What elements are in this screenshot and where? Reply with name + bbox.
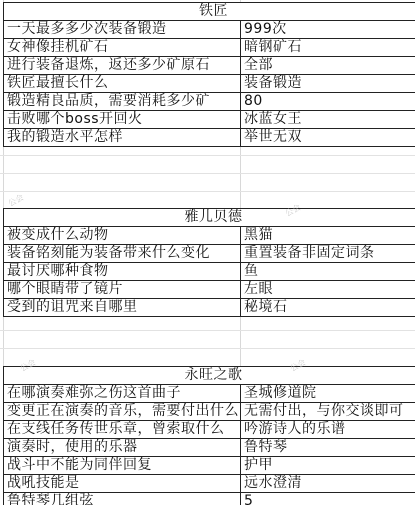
question-cell[interactable]: 演奏时，使用的乐器	[4, 439, 241, 457]
table-row: 进行装备退炼，返还多少矿原石全部	[4, 57, 415, 75]
table-row: 战斗中不能为同伴回复护甲	[4, 457, 415, 475]
section-title[interactable]: 永旺之歌	[4, 367, 415, 385]
table-row: 铁匠最擅长什么装备锻造	[4, 75, 415, 93]
table-row: 装备铭刻能为装备带来什么变化重置装备非固定词条	[4, 245, 415, 263]
answer-cell[interactable]: 装备锻造	[241, 75, 415, 93]
question-cell[interactable]: 受到的诅咒来自哪里	[4, 299, 241, 317]
table-row: 受到的诅咒来自哪里秘境石	[4, 299, 415, 317]
section-title[interactable]: 铁匠	[4, 3, 415, 21]
table-row: 在哪演奏难弥之伤这首曲子圣城修道院	[4, 385, 415, 403]
gridline	[0, 173, 415, 174]
answer-cell[interactable]: 冰蓝女王	[241, 111, 415, 129]
answer-cell[interactable]: 暗钢矿石	[241, 39, 415, 57]
table-row: 女神像挂机矿石暗钢矿石	[4, 39, 415, 57]
table-row: 哪个眼睛带了镜片左眼	[4, 281, 415, 299]
section-table-blacksmith: 铁匠 一天最多多少次装备锻造999次 女神像挂机矿石暗钢矿石 进行装备退炼，返还…	[3, 2, 415, 147]
gridline	[0, 348, 415, 349]
table-row: 我的锻造水平怎样举世无双	[4, 129, 415, 147]
question-cell[interactable]: 被变成什么动物	[4, 227, 241, 245]
gridline	[0, 191, 415, 192]
answer-cell[interactable]: 鲁特琴	[241, 439, 415, 457]
question-cell[interactable]: 女神像挂机矿石	[4, 39, 241, 57]
answer-cell[interactable]: 护甲	[241, 457, 415, 475]
answer-cell[interactable]: 80	[241, 93, 415, 111]
table-row: 鲁特琴几组弦5	[4, 493, 415, 505]
section-title[interactable]: 雅儿贝德	[4, 209, 415, 227]
question-cell[interactable]: 战吼技能是	[4, 475, 241, 493]
question-cell[interactable]: 我的锻造水平怎样	[4, 129, 241, 147]
table-row: 变更正在演奏的音乐，需要付出什么无需付出，与你交谈即可	[4, 403, 415, 421]
question-cell[interactable]: 在哪演奏难弥之伤这首曲子	[4, 385, 241, 403]
answer-cell[interactable]: 举世无双	[241, 129, 415, 147]
question-cell[interactable]: 进行装备退炼，返还多少矿原石	[4, 57, 241, 75]
answer-cell[interactable]: 5	[241, 493, 415, 505]
question-cell[interactable]: 锻造精良品质，需要消耗多少矿	[4, 93, 241, 111]
question-cell[interactable]: 哪个眼睛带了镜片	[4, 281, 241, 299]
table-row: 演奏时，使用的乐器鲁特琴	[4, 439, 415, 457]
question-cell[interactable]: 一天最多多少次装备锻造	[4, 21, 241, 39]
question-cell[interactable]: 变更正在演奏的音乐，需要付出什么	[4, 403, 241, 421]
answer-cell[interactable]: 重置装备非固定词条	[241, 245, 415, 263]
answer-cell[interactable]: 全部	[241, 57, 415, 75]
question-cell[interactable]: 最讨厌哪种食物	[4, 263, 241, 281]
table-row: 一天最多多少次装备锻造999次	[4, 21, 415, 39]
answer-cell[interactable]: 圣城修道院	[241, 385, 415, 403]
question-cell[interactable]: 击败哪个boss开回火	[4, 111, 241, 129]
question-cell[interactable]: 战斗中不能为同伴回复	[4, 457, 241, 475]
question-cell[interactable]: 铁匠最擅长什么	[4, 75, 241, 93]
section-table-albedo: 雅儿贝德 被变成什么动物黑猫 装备铭刻能为装备带来什么变化重置装备非固定词条 最…	[3, 208, 415, 317]
question-cell[interactable]: 在支线任务传世乐章，曾索取什么	[4, 421, 241, 439]
table-row: 战吼技能是远水澄清	[4, 475, 415, 493]
question-cell[interactable]: 装备铭刻能为装备带来什么变化	[4, 245, 241, 263]
table-row: 被变成什么动物黑猫	[4, 227, 415, 245]
answer-cell[interactable]: 999次	[241, 21, 415, 39]
table-row: 锻造精良品质，需要消耗多少矿80	[4, 93, 415, 111]
answer-cell[interactable]: 远水澄清	[241, 475, 415, 493]
watermark: 公会	[6, 192, 25, 209]
answer-cell[interactable]: 无需付出，与你交谈即可	[241, 403, 415, 421]
answer-cell[interactable]: 鱼	[241, 263, 415, 281]
answer-cell[interactable]: 黑猫	[241, 227, 415, 245]
answer-cell[interactable]: 左眼	[241, 281, 415, 299]
table-row: 击败哪个boss开回火冰蓝女王	[4, 111, 415, 129]
answer-cell[interactable]: 吟游诗人的乐谱	[241, 421, 415, 439]
table-row: 在支线任务传世乐章，曾索取什么吟游诗人的乐谱	[4, 421, 415, 439]
gridline	[0, 155, 415, 156]
table-row: 最讨厌哪种食物鱼	[4, 263, 415, 281]
question-cell[interactable]: 鲁特琴几组弦	[4, 493, 241, 505]
section-table-eternal-song: 永旺之歌 在哪演奏难弥之伤这首曲子圣城修道院 变更正在演奏的音乐，需要付出什么无…	[3, 366, 415, 505]
answer-cell[interactable]: 秘境石	[241, 299, 415, 317]
gridline	[0, 330, 415, 331]
